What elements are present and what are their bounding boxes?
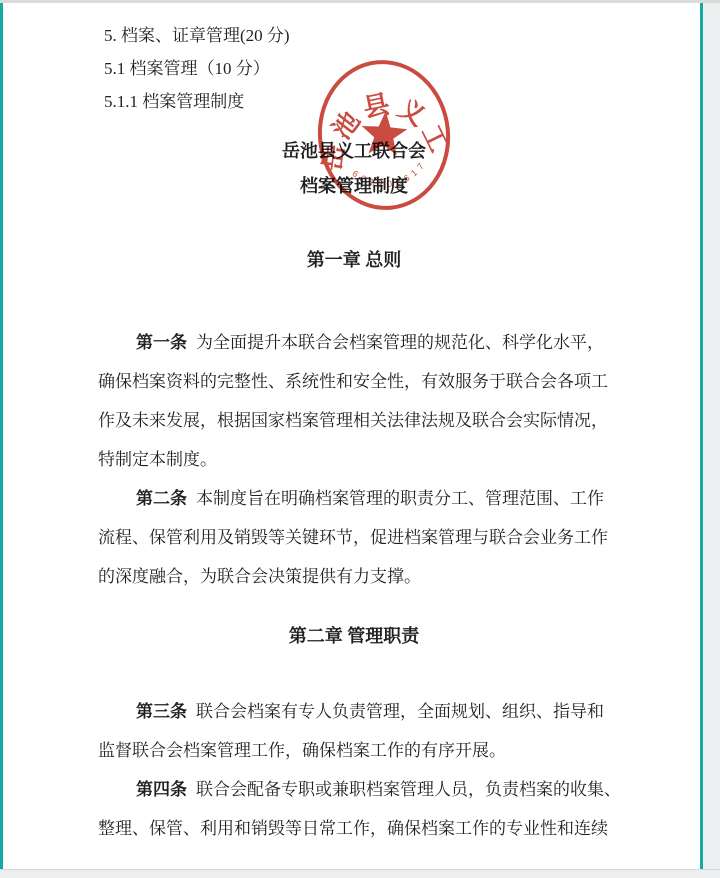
chapter-1-body: 第一条为全面提升本联合会档案管理的规范化、科学化水平， 确保档案资料的完整性、系… bbox=[98, 323, 610, 596]
article-4-line-1: 第四条联合会配备专职或兼职档案管理人员，负责档案的收集、 bbox=[98, 770, 610, 809]
page-bottom-strip bbox=[0, 869, 720, 878]
article-4-line-2: 整理、保管、利用和销毁等日常工作，确保档案工作的专业性和连续 bbox=[98, 809, 610, 848]
chapter-1-heading: 第一章 总则 bbox=[98, 246, 610, 274]
article-1-text: 为全面提升本联合会档案管理的规范化、科学化水平， bbox=[196, 333, 604, 352]
official-seal-stamp-icon: 岳池县义工联合会 6212006177 bbox=[303, 47, 465, 223]
article-3-line-2: 监督联合会档案管理工作，确保档案工作的有序开展。 bbox=[98, 731, 610, 770]
chapter-2-body: 第三条联合会档案有专人负责管理，全面规划、组织、指导和 监督联合会档案管理工作，… bbox=[98, 692, 610, 848]
article-3-text: 联合会档案有专人负责管理，全面规划、组织、指导和 bbox=[196, 702, 604, 721]
article-2-line-1: 第二条本制度旨在明确档案管理的职责分工、管理范围、工作 bbox=[98, 479, 610, 518]
article-2-text: 本制度旨在明确档案管理的职责分工、管理范围、工作 bbox=[196, 489, 604, 508]
chapter-2-heading: 第二章 管理职责 bbox=[98, 622, 610, 650]
article-4-label: 第四条 bbox=[136, 780, 187, 799]
article-1-line-1: 第一条为全面提升本联合会档案管理的规范化、科学化水平， bbox=[98, 323, 610, 362]
svg-text:岳池县义工联合会: 岳池县义工联合会 bbox=[303, 47, 455, 177]
document-page: 5. 档案、证章管理(20 分) 5.1 档案管理（10 分） 5.1.1 档案… bbox=[0, 3, 703, 870]
seal-org-text: 岳池县义工联合会 bbox=[303, 47, 455, 177]
article-1-line-3: 作及未来发展，根据国家档案管理相关法律法规及联合会实际情况， bbox=[98, 401, 610, 440]
article-1-label: 第一条 bbox=[136, 333, 187, 352]
article-1-line-2: 确保档案资料的完整性、系统性和安全性，有效服务于联合会各项工 bbox=[98, 362, 610, 401]
article-4-text: 联合会配备专职或兼职档案管理人员，负责档案的收集、 bbox=[196, 780, 621, 799]
article-2-line-3: 的深度融合，为联合会决策提供有力支撑。 bbox=[98, 557, 610, 596]
article-2-label: 第二条 bbox=[136, 489, 187, 508]
article-3-line-1: 第三条联合会档案有专人负责管理，全面规划、组织、指导和 bbox=[98, 692, 610, 731]
article-3-label: 第三条 bbox=[136, 702, 187, 721]
article-1-line-4: 特制定本制度。 bbox=[98, 440, 610, 479]
outline-item-1: 5. 档案、证章管理(20 分) bbox=[104, 19, 610, 52]
article-2-line-2: 流程、保管利用及销毁等关键环节，促进档案管理与联合会业务工作 bbox=[98, 518, 610, 557]
